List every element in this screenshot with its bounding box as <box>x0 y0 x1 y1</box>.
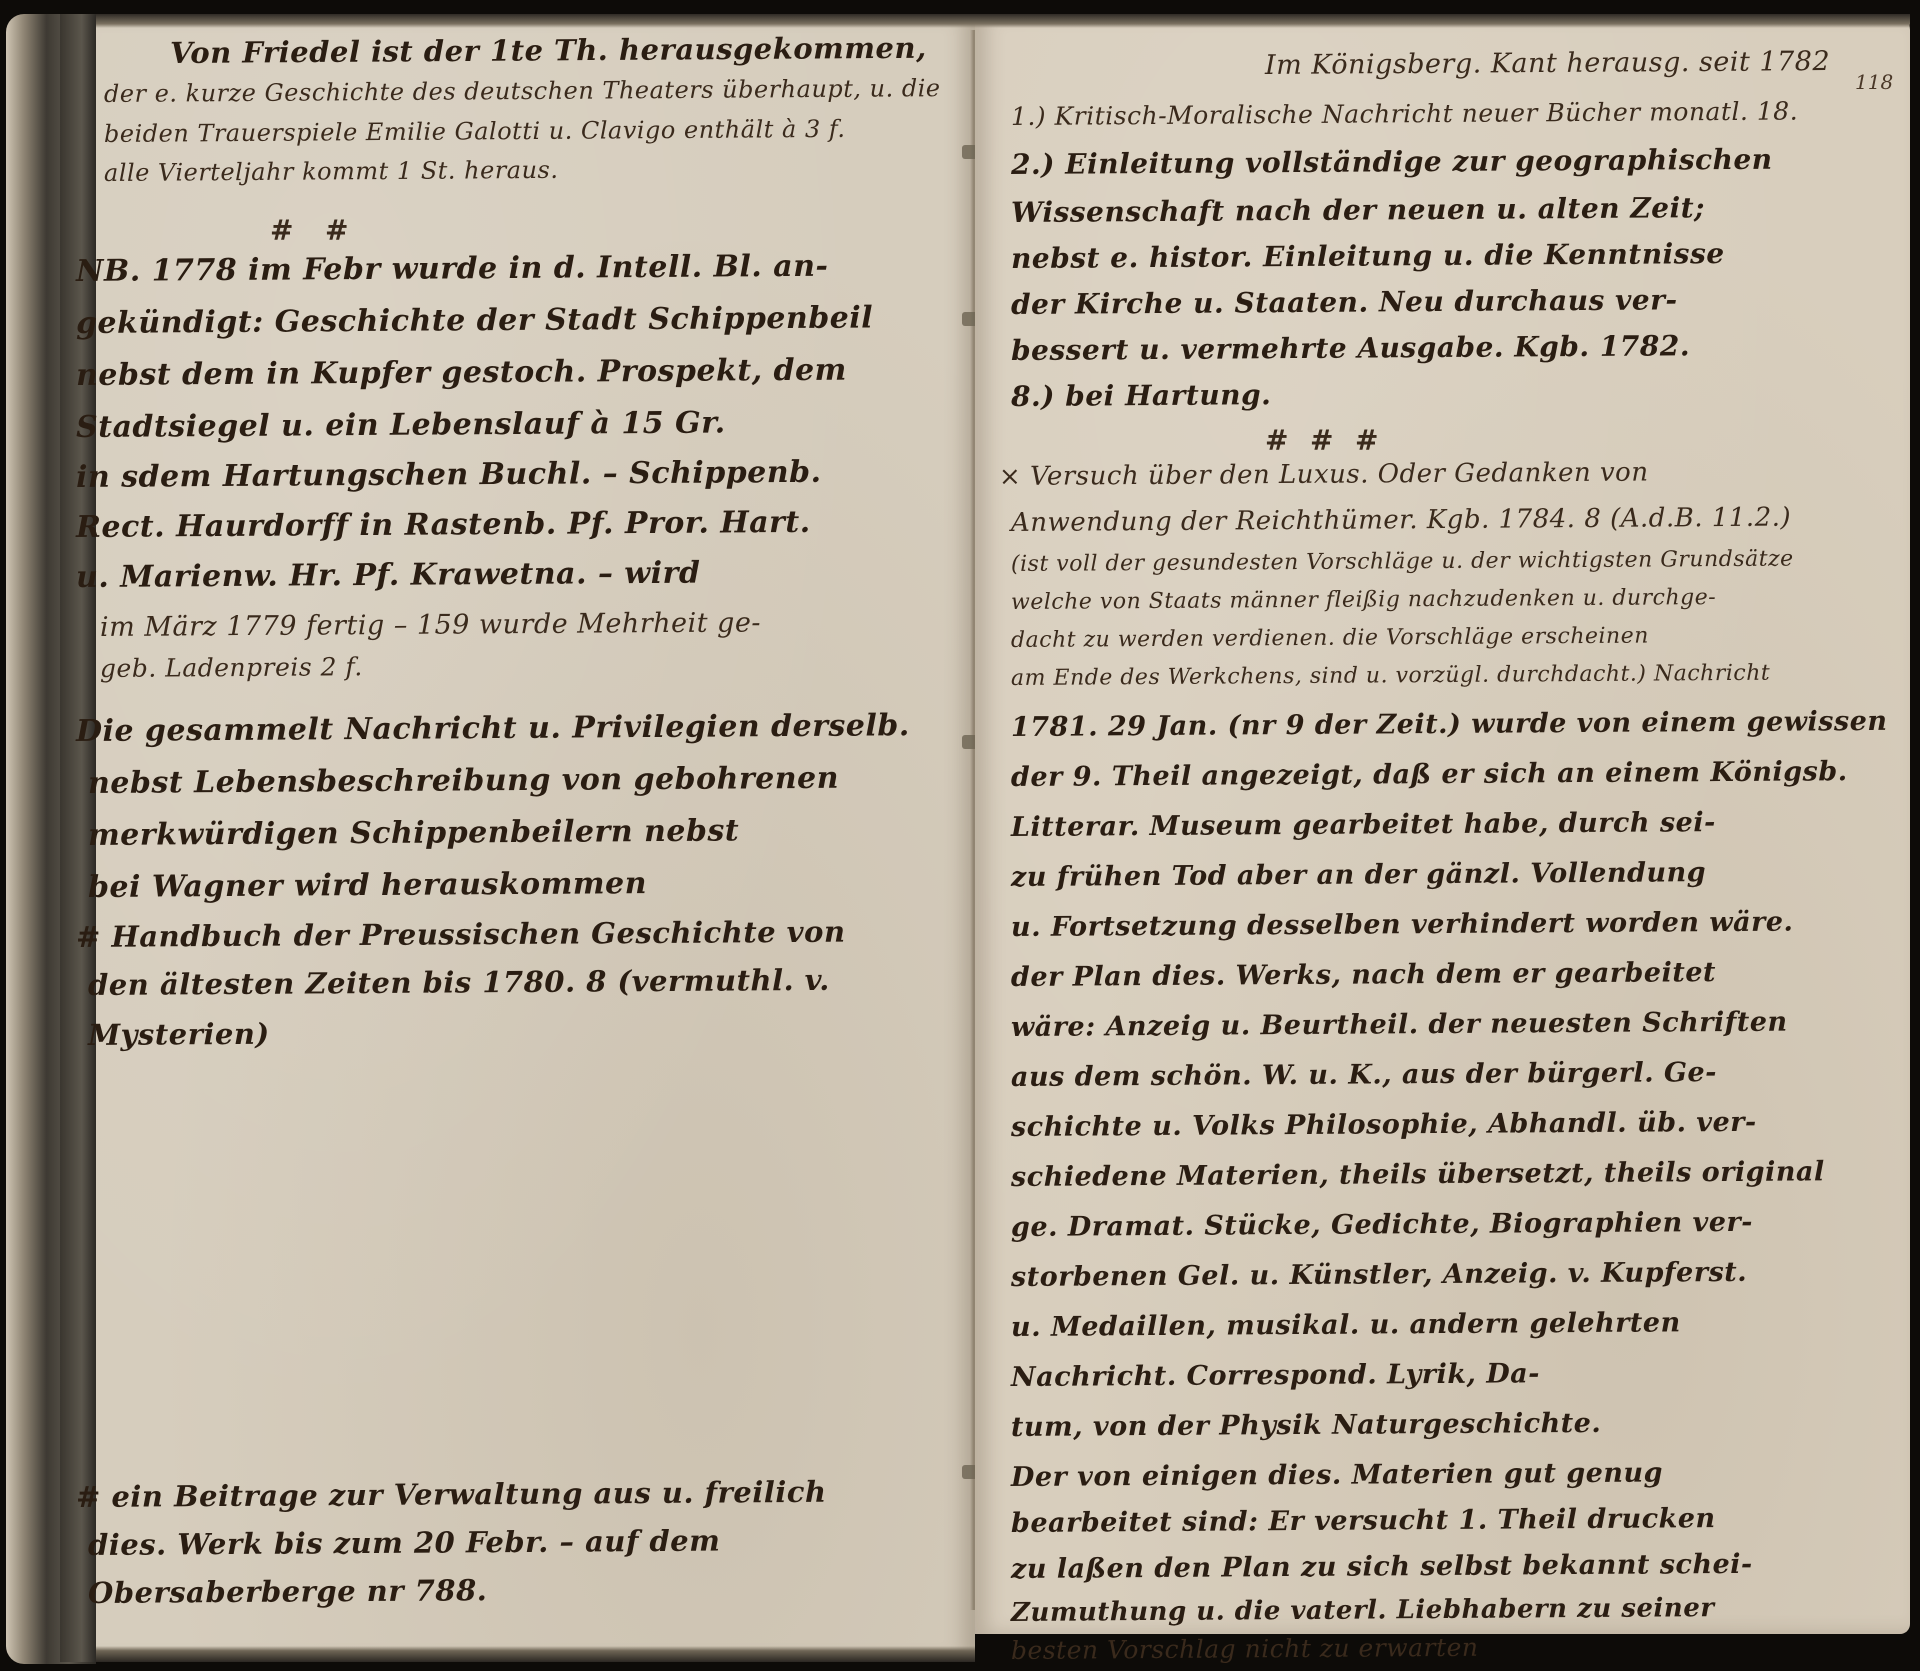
left-line: # ein Beitrage zur Verwaltung aus u. fre… <box>76 1475 827 1514</box>
section-ornament: # <box>1355 424 1404 457</box>
page-top-edge <box>96 14 975 28</box>
right-line: u. Fortsetzung desselben verhindert word… <box>1011 907 1794 943</box>
right-page-header: Im Königsberg. Kant herausg. seit 1782 <box>1265 46 1830 81</box>
left-line: bei Wagner wird herauskommen <box>88 866 647 905</box>
right-line: schichte u. Volks Philosophie, Abhandl. … <box>1011 1107 1757 1143</box>
manuscript-photo: Von Friedel ist der 1te Th. herausgekomm… <box>0 0 1920 1671</box>
right-line: der Kirche u. Staaten. Neu durchaus ver- <box>1011 283 1678 321</box>
left-line: Stadtsiegel u. ein Lebenslauf à 15 Gr. <box>76 405 726 445</box>
left-line: den ältesten Zeiten bis 1780. 8 (vermuth… <box>88 963 830 1002</box>
section-ornament: # <box>325 214 374 247</box>
left-line: der e. kurze Geschichte des deutschen Th… <box>104 74 941 108</box>
right-line: storbenen Gel. u. Künstler, Anzeig. v. K… <box>1011 1257 1747 1293</box>
left-line: nebst Lebensbeschreibung von gebohrenen <box>88 761 839 801</box>
left-line: Rect. Haurdorff in Rastenb. Pf. Pror. Ha… <box>76 505 811 545</box>
left-line: Obersaberberge nr 788. <box>88 1573 488 1610</box>
left-line: NB. 1778 im Febr wurde in d. Intell. Bl.… <box>76 249 829 289</box>
section-ornament: # <box>1310 424 1359 457</box>
right-line: welche von Staats männer fleißig nachzud… <box>1011 585 1716 615</box>
section-ornament: # <box>270 214 319 247</box>
right-line: bearbeitet sind: Er versucht 1. Theil dr… <box>1011 1503 1716 1539</box>
left-line: Von Friedel ist der 1te Th. herausgekomm… <box>170 31 927 70</box>
right-line: Der von einigen dies. Materien gut genug <box>1011 1457 1663 1493</box>
right-line: 1.) Kritisch-Moralische Nachricht neuer … <box>1011 97 1798 131</box>
right-line: Zumuthung u. die vaterl. Liebhabern zu s… <box>1011 1593 1715 1628</box>
right-line: zu laßen den Plan zu sich selbst bekannt… <box>1011 1549 1753 1585</box>
left-line: u. Marienw. Hr. Pf. Krawetna. – wird <box>76 556 701 595</box>
right-line: Litterar. Museum gearbeitet habe, durch … <box>1011 807 1716 843</box>
right-line: am Ende des Werkchens, sind u. vorzügl. … <box>1011 661 1770 691</box>
left-line: alle Vierteljahr kommt 1 St. heraus. <box>104 156 559 187</box>
right-line: 1781. 29 Jan. (nr 9 der Zeit.) wurde von… <box>1011 706 1888 743</box>
right-line: (ist voll der gesundesten Vorschläge u. … <box>1011 547 1794 577</box>
left-line: beiden Trauerspiele Emilie Galotti u. Cl… <box>104 115 846 148</box>
right-line: × Versuch über den Luxus. Oder Gedanken … <box>999 457 1649 492</box>
left-line: Mysterien) <box>88 1017 270 1052</box>
right-line: nebst e. histor. Einleitung u. die Kennt… <box>1011 237 1725 275</box>
section-ornament: # <box>1265 424 1314 457</box>
left-line: nebst dem in Kupfer gestoch. Prospekt, d… <box>76 353 847 393</box>
left-line: geb. Ladenpreis 2 f. <box>100 652 363 683</box>
left-line: dies. Werk bis zum 20 Febr. – auf dem <box>88 1524 721 1562</box>
right-line: dacht zu werden verdienen. die Vorschläg… <box>1011 624 1649 653</box>
right-line: der 9. Theil angezeigt, daß er sich an e… <box>1011 756 1848 793</box>
left-line: im März 1779 fertig – 159 wurde Mehrheit… <box>100 607 761 643</box>
left-line: merkwürdigen Schippenbeilern nebst <box>88 813 739 853</box>
right-line: schiedene Materien, theils übersetzt, th… <box>1011 1156 1825 1193</box>
right-line: zu frühen Tod aber an der gänzl. Vollend… <box>1011 857 1706 893</box>
margin-note: 118 <box>1855 70 1893 94</box>
page-top-edge <box>975 14 1910 28</box>
right-line: 2.) Einleitung vollständige zur geograph… <box>1011 143 1773 181</box>
right-line: aus dem schön. W. u. K., aus der bürgerl… <box>1011 1057 1717 1093</box>
right-line: wäre: Anzeig u. Beurtheil. der neuesten … <box>1011 1007 1788 1043</box>
right-line: 8.) bei Hartung. <box>1011 378 1272 413</box>
right-line: tum, von der Physik Naturgeschichte. <box>1011 1408 1601 1443</box>
right-line: der Plan dies. Werks, nach dem er gearbe… <box>1011 957 1716 993</box>
left-line: Die gesammelt Nachricht u. Privilegien d… <box>76 708 910 749</box>
page-bottom-edge <box>96 1646 975 1662</box>
left-page: Von Friedel ist der 1te Th. herausgekomm… <box>60 14 975 1662</box>
right-line: besten Vorschlag nicht zu erwarten <box>1011 1633 1479 1665</box>
right-line: u. Medaillen, musikal. u. andern gelehrt… <box>1011 1307 1681 1343</box>
right-line: Wissenschaft nach der neuen u. alten Zei… <box>1011 191 1705 229</box>
right-line: Anwendung der Reichthümer. Kgb. 1784. 8 … <box>1011 503 1791 538</box>
right-line: ge. Dramat. Stücke, Gedichte, Biographie… <box>1011 1207 1753 1243</box>
right-line: bessert u. vermehrte Ausgabe. Kgb. 1782. <box>1011 329 1690 367</box>
left-line: # Handbuch der Preussischen Geschichte v… <box>76 915 846 954</box>
right-line: Nachricht. Correspond. Lyrik, Da- <box>1011 1358 1540 1393</box>
right-page: Im Königsberg. Kant herausg. seit 1782 1… <box>975 14 1910 1634</box>
left-line: in sdem Hartungschen Buchl. – Schippenb. <box>76 455 822 495</box>
left-line: gekündigt: Geschichte der Stadt Schippen… <box>76 300 873 341</box>
